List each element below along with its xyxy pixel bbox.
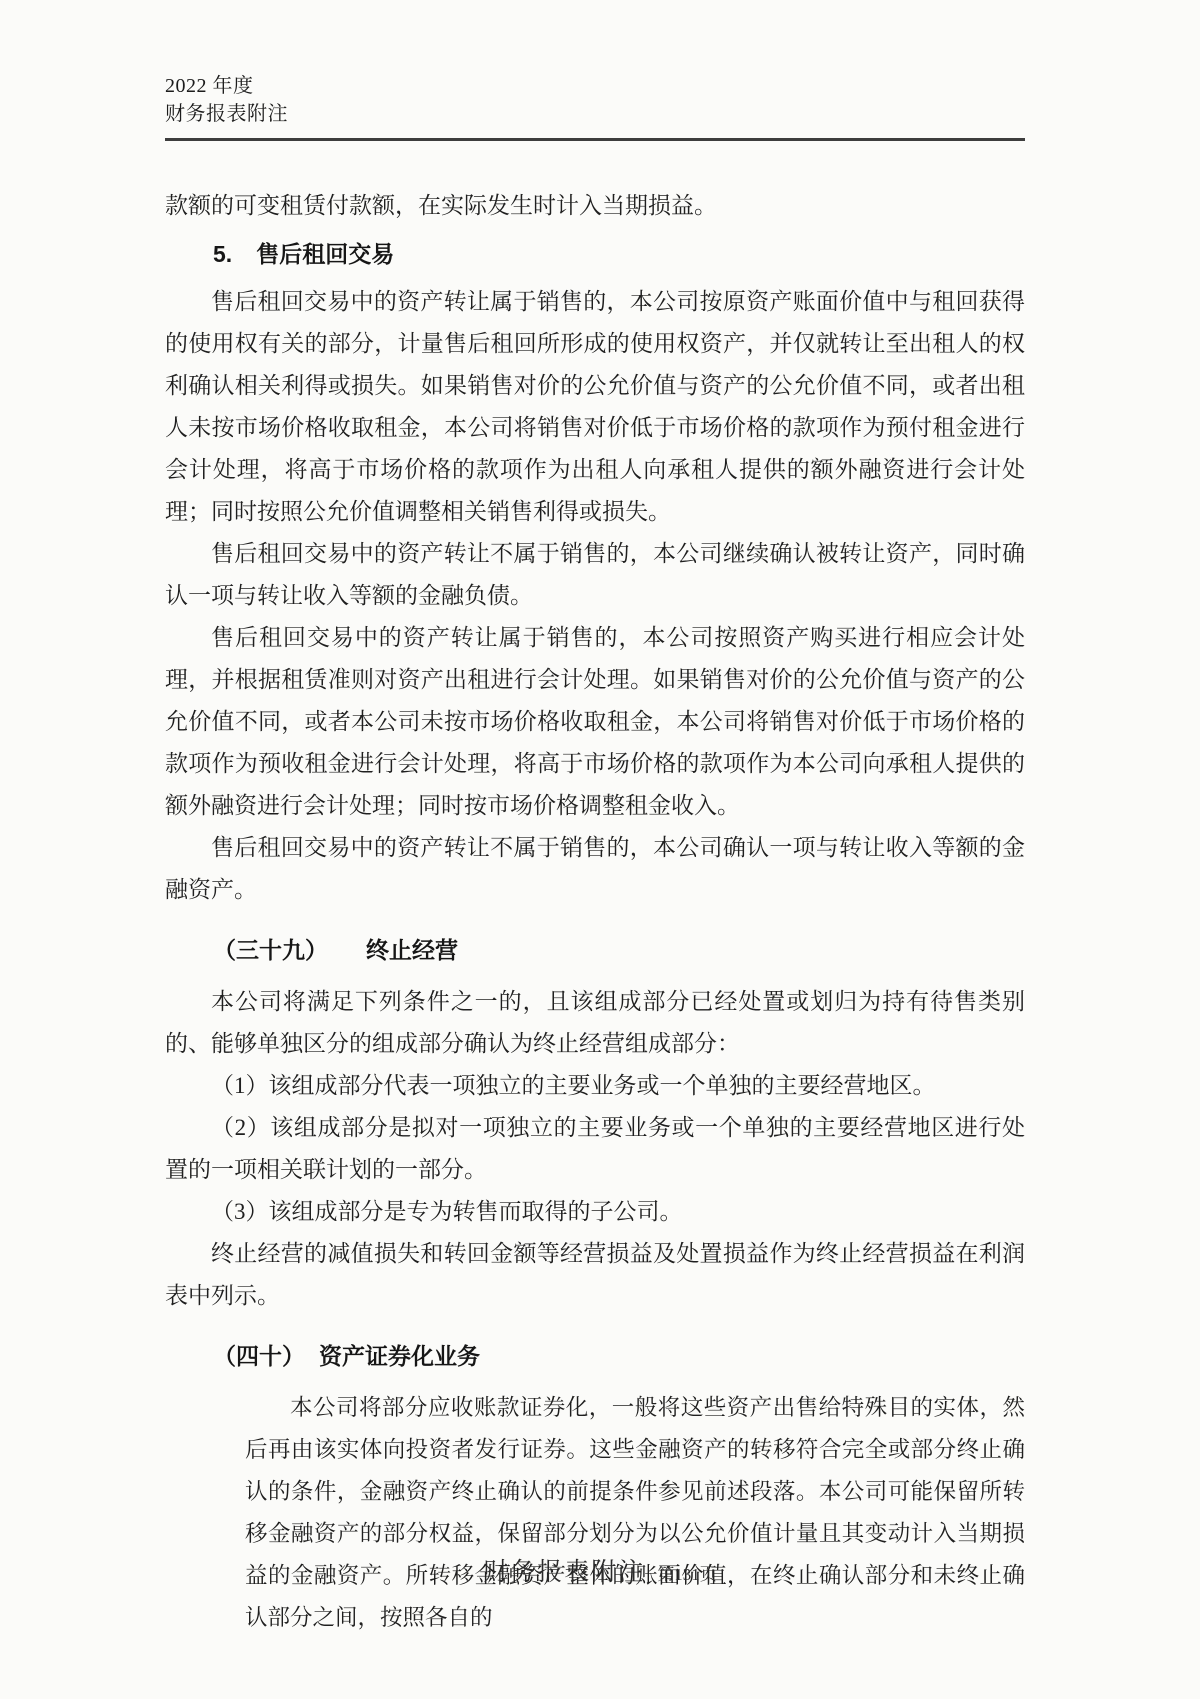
section-39-title: 终止经营 <box>366 937 458 963</box>
section-39-item-2: （2）该组成部分是拟对一项独立的主要业务或一个单独的主要经营地区进行处置的一项相… <box>165 1107 1025 1191</box>
section-39-number: （三十九） <box>213 937 328 963</box>
section-5-paragraph-1: 售后租回交易中的资产转让属于销售的，本公司按原资产账面价值中与租回获得的使用权有… <box>165 281 1025 533</box>
document-page: 2022 年度 财务报表附注 款额的可变租赁付款额，在实际发生时计入当期损益。 … <box>0 0 1200 1639</box>
section-5-paragraph-4: 售后租回交易中的资产转让不属于销售的，本公司确认一项与转让收入等额的金融资产。 <box>165 827 1025 911</box>
document-body: 款额的可变租赁付款额，在实际发生时计入当期损益。 5.售后租回交易 售后租回交易… <box>165 185 1025 1639</box>
section-39-item-1: （1）该组成部分代表一项独立的主要业务或一个单独的主要经营地区。 <box>165 1065 1025 1107</box>
section-39-item-3: （3）该组成部分是专为转售而取得的子公司。 <box>165 1191 1025 1233</box>
section-5-paragraph-3: 售后租回交易中的资产转让属于销售的，本公司按照资产购买进行相应会计处理，并根据租… <box>165 617 1025 827</box>
section-40-number: （四十） <box>213 1343 305 1369</box>
header-year-line: 2022 年度 <box>165 72 1025 100</box>
section-5-heading: 5.售后租回交易 <box>165 233 1025 275</box>
section-40-paragraph-1: 本公司将部分应收账款证券化，一般将这些资产出售给特殊目的实体，然后再由该实体向投… <box>245 1387 1025 1639</box>
footer-page-number: 第131页 <box>657 1565 717 1584</box>
section-39-paragraph-1: 本公司将满足下列条件之一的，且该组成部分已经处置或划归为持有待售类别的、能够单独… <box>165 981 1025 1065</box>
footer-title: 财务报表附注 <box>483 1559 645 1586</box>
page-header: 2022 年度 财务报表附注 <box>165 72 1025 128</box>
section-40-title: 资产证券化业务 <box>319 1343 480 1369</box>
section-39-paragraph-2: 终止经营的减值损失和转回金额等经营损益及处置损益作为终止经营损益在利润表中列示。 <box>165 1233 1025 1317</box>
section-5-title: 售后租回交易 <box>256 241 394 267</box>
section-5-number: 5. <box>213 241 232 267</box>
header-title-line: 财务报表附注 <box>165 100 1025 128</box>
section-5-paragraph-2: 售后租回交易中的资产转让不属于销售的，本公司继续确认被转让资产，同时确认一项与转… <box>165 533 1025 617</box>
section-40-indented-block: 本公司将部分应收账款证券化，一般将这些资产出售给特殊目的实体，然后再由该实体向投… <box>245 1387 1025 1639</box>
carryover-paragraph: 款额的可变租赁付款额，在实际发生时计入当期损益。 <box>165 185 1025 227</box>
page-footer: 财务报表附注第131页 <box>0 1552 1200 1588</box>
section-40-heading: （四十）资产证券化业务 <box>165 1335 1025 1377</box>
header-rule <box>165 138 1025 141</box>
section-39-heading: （三十九）终止经营 <box>165 929 1025 971</box>
